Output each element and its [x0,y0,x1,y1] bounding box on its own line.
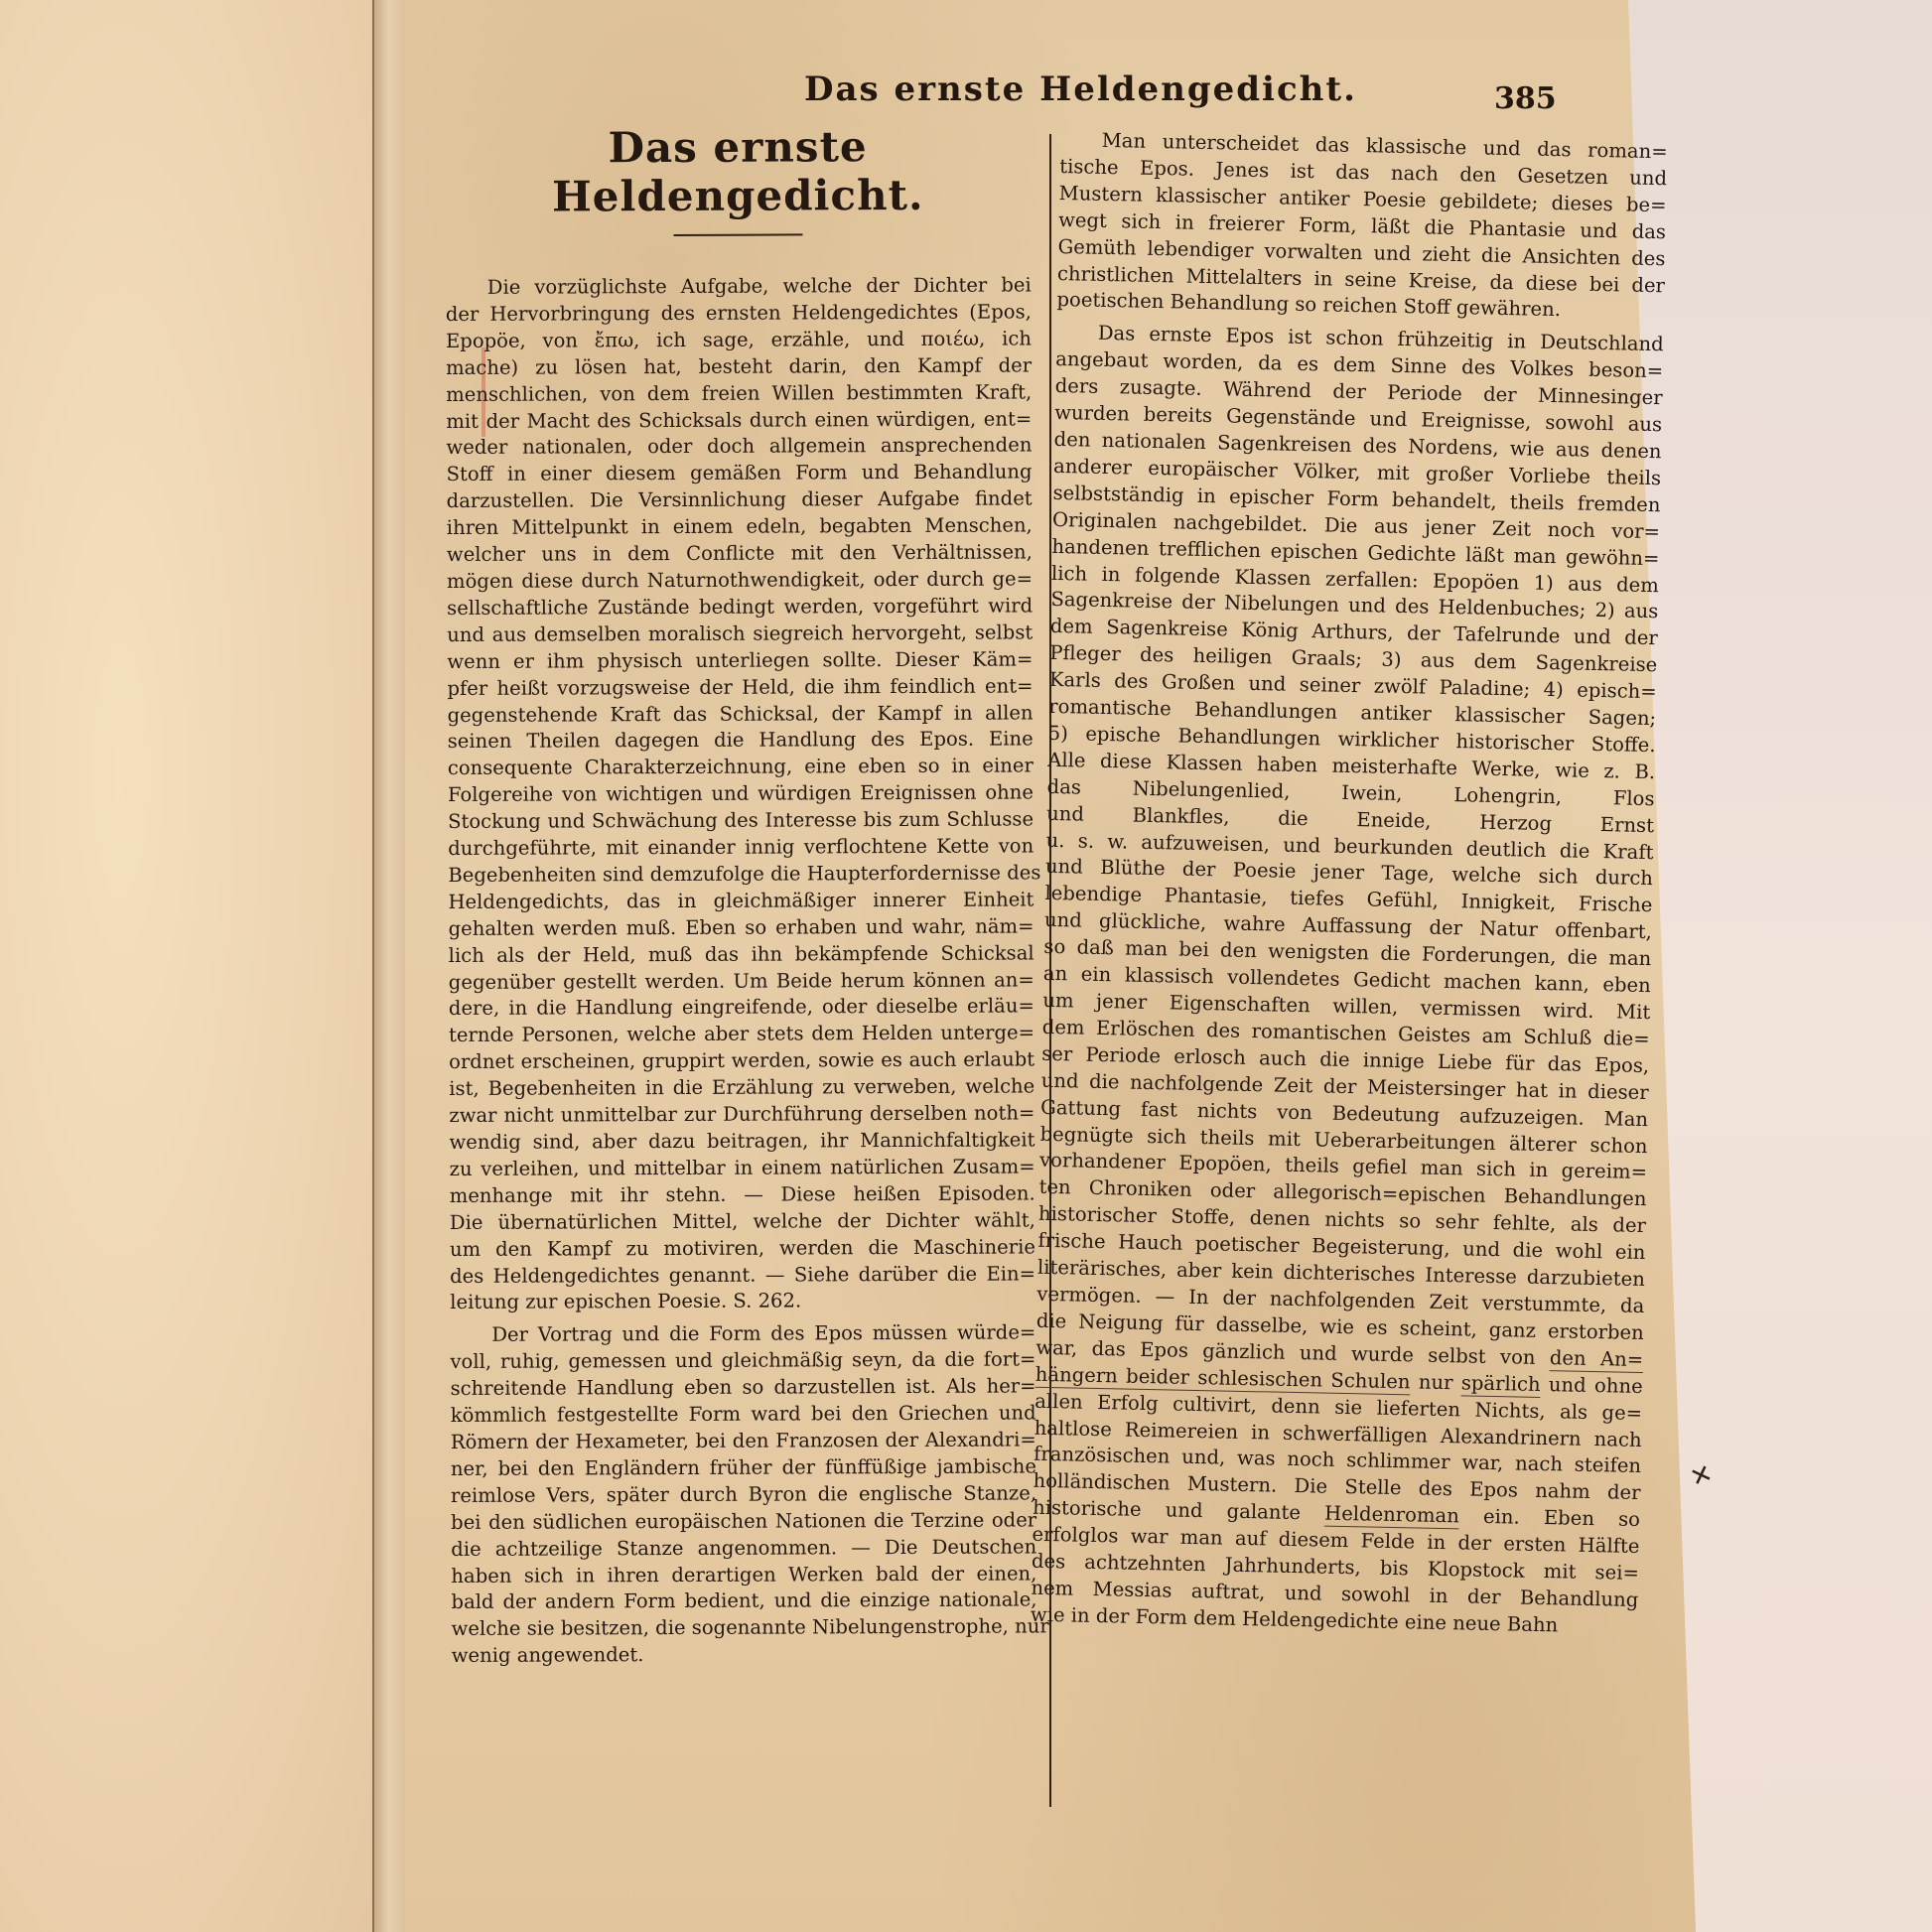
section-title: Das ernste Heldengedicht. [445,121,1031,221]
text-line: menschlichen, von dem freien Willen best… [446,379,1032,408]
page-number: 385 [1494,81,1557,116]
text-line: ordnet erscheinen, gruppirt werden, sowi… [449,1047,1035,1076]
text-line: durchgeführte, mit einander innig verflo… [448,833,1034,862]
text-line: und aus demselben moralisch siegreich he… [447,620,1033,648]
text-line: reimlose Vers, später durch Byron die en… [451,1480,1036,1509]
text-line: gegenstehende Kraft das Schicksal, der K… [448,700,1034,729]
text-line: schreitende Handlung eben so darzustelle… [451,1374,1036,1403]
book-spine [372,0,410,1932]
left-column: Das ernste Heldengedicht. Die vorzüglich… [445,121,1037,1676]
text-line: darzustellen. Die Versinnlichung dieser … [447,486,1033,515]
text-line: gegenüber gestellt werden. Um Beide heru… [449,967,1035,996]
text-line: Die vorzüglichste Aufgabe, welche der Di… [446,272,1032,301]
text-line: Die übernatürlichen Mittel, welche der D… [450,1207,1035,1236]
text-line: wenn er ihm physisch unterliegen sollte.… [447,646,1033,675]
text-line: Der Vortrag und die Form des Epos müssen… [450,1320,1035,1349]
text-line: dere, in die Handlung eingreifende, oder… [449,994,1035,1023]
text-line: leitung zur epischen Poesie. S. 262. [450,1288,1035,1316]
facing-blank-page [0,0,402,1932]
text-line: wenig angewendet. [452,1641,1037,1670]
text-line: mit der Macht des Schicksals durch einen… [446,406,1032,435]
text-line: lich als der Held, muß das ihn bekämpfen… [449,940,1035,969]
text-line: menhange mit ihr stehn. — Diese heißen E… [450,1180,1035,1209]
text-line: pfer heißt vorzugsweise der Held, die ih… [447,673,1033,702]
title-rule [673,233,802,236]
text-line: mögen diese durch Naturnothwendigkeit, o… [447,566,1033,595]
text-line: ihren Mittelpunkt in einem edeln, begabt… [447,513,1033,542]
text-line: mache) zu lösen hat, besteht darin, den … [446,352,1032,381]
text-line: Stockung und Schwächung des Interesse bi… [448,807,1034,836]
text-line: ternde Personen, welche aber stets dem H… [449,1021,1035,1049]
text-line: voll, ruhig, gemessen und gleichmäßig se… [450,1347,1035,1376]
text-line: um den Kampf zu motiviren, werden die Ma… [450,1234,1035,1263]
text-line: bald der andern Form bedient, und die ei… [451,1587,1036,1616]
text-line: sellschaftliche Zustände bedingt werden,… [447,593,1033,621]
running-head: Das ernste Heldengedicht. [804,69,1357,109]
text-line: bei den südlichen europäischen Nationen … [451,1507,1036,1536]
text-line: ner, bei den Engländern früher der fünff… [451,1453,1036,1482]
text-line: seinen Theilen dagegen die Handlung des … [448,727,1034,756]
text-line: Begebenheiten sind demzufolge die Haupte… [448,860,1034,889]
right-column: Man unterscheidet das klassische und das… [1031,127,1668,1647]
text-line: Römern der Hexameter, bei den Franzosen … [451,1427,1036,1455]
text-line: kömmlich festgestellte Form ward bei den… [451,1400,1036,1429]
text-line: Heldengedichts, das in gleichmäßiger inn… [448,887,1034,915]
text-line: welche sie besitzen, die sogenannte Nibe… [452,1614,1037,1643]
text-line: consequente Charakterzeichnung, eine ebe… [448,754,1034,782]
text-line: der Hervorbringung des ernsten Heldenged… [446,299,1032,328]
text-line: weder nationalen, oder doch allgemein an… [446,433,1032,462]
text-line: Epopöe, von ἔπω, ich sage, erzähle, und … [446,326,1032,354]
text-line: Stoff in einer diesem gemäßen Form und B… [446,460,1032,488]
paragraph: Man unterscheidet das klassische und das… [1056,127,1668,327]
text-line: gehalten werden muß. Eben so erhaben und… [448,913,1034,942]
text-line: welcher uns in dem Conflicte mit den Ver… [447,539,1033,568]
underlined-text: spärlich [1461,1371,1541,1396]
text-line: haben sich in ihren derartigen Werken ba… [451,1561,1036,1589]
text-line: die achtzeilige Stanze angenommen. — Die… [451,1534,1036,1563]
paragraph: Das ernste Epos ist schon frühzeitig in … [1031,320,1664,1640]
text-line: Folgereihe von wichtigen und würdigen Er… [448,780,1034,809]
text-line: des Heldengedichtes genannt. — Siehe dar… [450,1261,1035,1290]
underlined-text: den An= [1550,1346,1644,1371]
text-line: ist, Begebenheiten in die Erzählung zu v… [449,1074,1035,1103]
text-line: zu verleihen, und mittelbar in einem nat… [450,1154,1035,1182]
text-line: wendig sind, aber dazu beitragen, ihr Ma… [449,1127,1035,1156]
underlined-text: Heldenroman [1324,1502,1459,1528]
text-line: zwar nicht unmittelbar zur Durchführung … [449,1101,1035,1130]
paragraph: Die vorzüglichste Aufgabe, welche der Di… [446,272,1036,1316]
paragraph: Der Vortrag und die Form des Epos müssen… [450,1320,1037,1670]
